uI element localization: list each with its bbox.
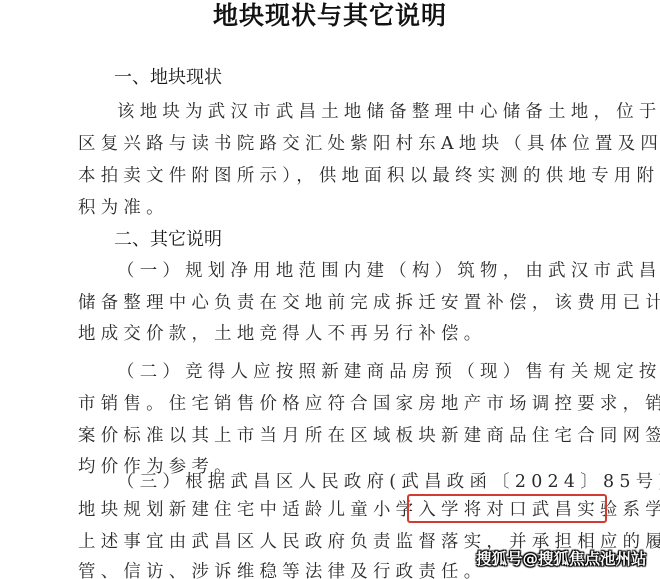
paragraph-line: 储备整理中心负责在交地前完成拆迁安置补偿，该费用已计入土 <box>78 291 660 315</box>
paragraph-line: 案价标准以其上市当月所在区域板块新建商品住宅合同网签成交 <box>78 424 660 448</box>
paragraph-line: （二）竞得人应按照新建商品房预（现）售有关规定按期上 <box>117 360 660 384</box>
paragraph-line: 积为准。 <box>78 196 169 220</box>
paragraph-line: 市销售。住宅销售价格应符合国家房地产市场调控要求，销售备 <box>78 392 660 416</box>
document-page: 地块现状与其它说明 一、地块现状 该地块为武汉市武昌土地储备整理中心储备土地，位… <box>0 0 660 579</box>
section-heading-land-status: 一、地块现状 <box>114 66 222 90</box>
section-heading-other-notes: 二、其它说明 <box>114 228 222 252</box>
paragraph-line: （三）根据武昌区人民政府(武昌政函〔2024〕85号)意见: <box>117 470 660 494</box>
document-title: 地块现状与其它说明 <box>0 0 660 32</box>
paragraph-line: 本拍卖文件附图所示），供地面积以最终实测的供地专用附图面 <box>78 164 660 188</box>
red-highlight-box <box>407 494 607 523</box>
paragraph-line: （一）规划净用地范围内建（构）筑物，由武汉市武昌土地 <box>117 259 660 283</box>
paragraph-line: 该地块为武汉市武昌土地储备整理中心储备土地，位于武昌 <box>117 100 660 124</box>
paragraph-line: 管、信访、涉诉维稳等法律及行政责任。 <box>78 560 486 579</box>
watermark: 搜狐号@搜狐焦点池州站 <box>476 549 647 569</box>
paragraph-line: 地成交价款，土地竞得人不再另行补偿。 <box>78 322 486 346</box>
paragraph-line: 区复兴路与读书院路交汇处紫阳村东A地块（具体位置及四至见 <box>78 132 660 156</box>
